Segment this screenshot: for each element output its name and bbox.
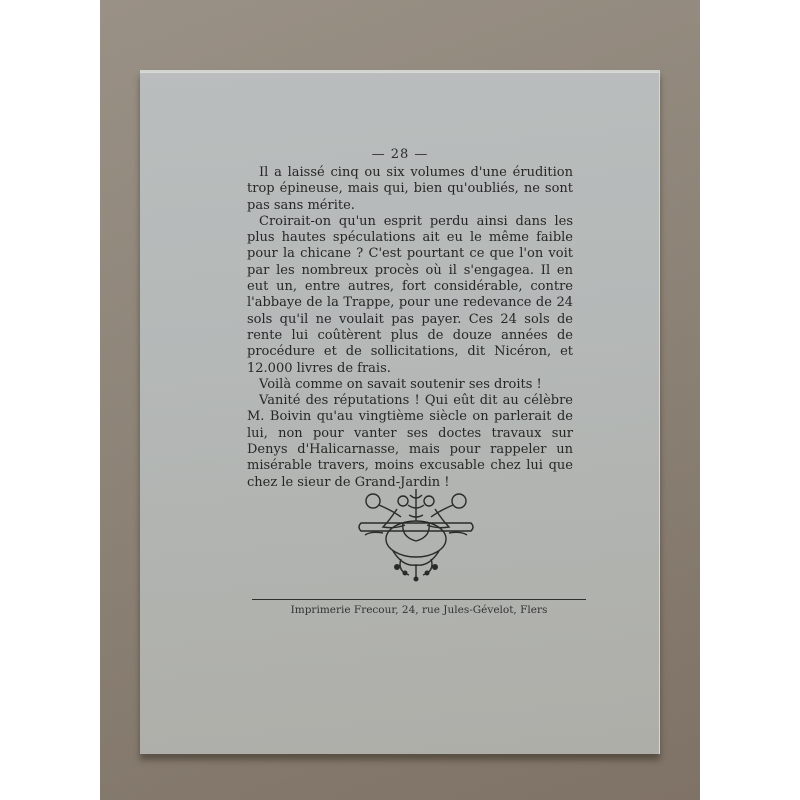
background-left — [0, 0, 100, 800]
paragraph: Il a laissé cinq ou six volumes d'une ér… — [247, 165, 573, 214]
document-page: — 28 — Il a laissé cinq ou six volumes d… — [140, 70, 660, 754]
divider-rule — [252, 599, 586, 600]
paragraph: Vanité des réputations ! Qui eût dit au … — [247, 393, 573, 491]
printer-vignette-icon — [353, 487, 479, 583]
page-number: — 28 — — [140, 147, 660, 162]
printer-imprint: Imprimerie Frecour, 24, rue Jules-Gévelo… — [252, 604, 586, 616]
background-right — [700, 0, 800, 800]
body-text: Il a laissé cinq ou six volumes d'une ér… — [247, 165, 573, 491]
paragraph: Croirait-on qu'un esprit perdu ainsi dan… — [247, 214, 573, 377]
paragraph: Voilà comme on savait soutenir ses droit… — [247, 377, 573, 393]
